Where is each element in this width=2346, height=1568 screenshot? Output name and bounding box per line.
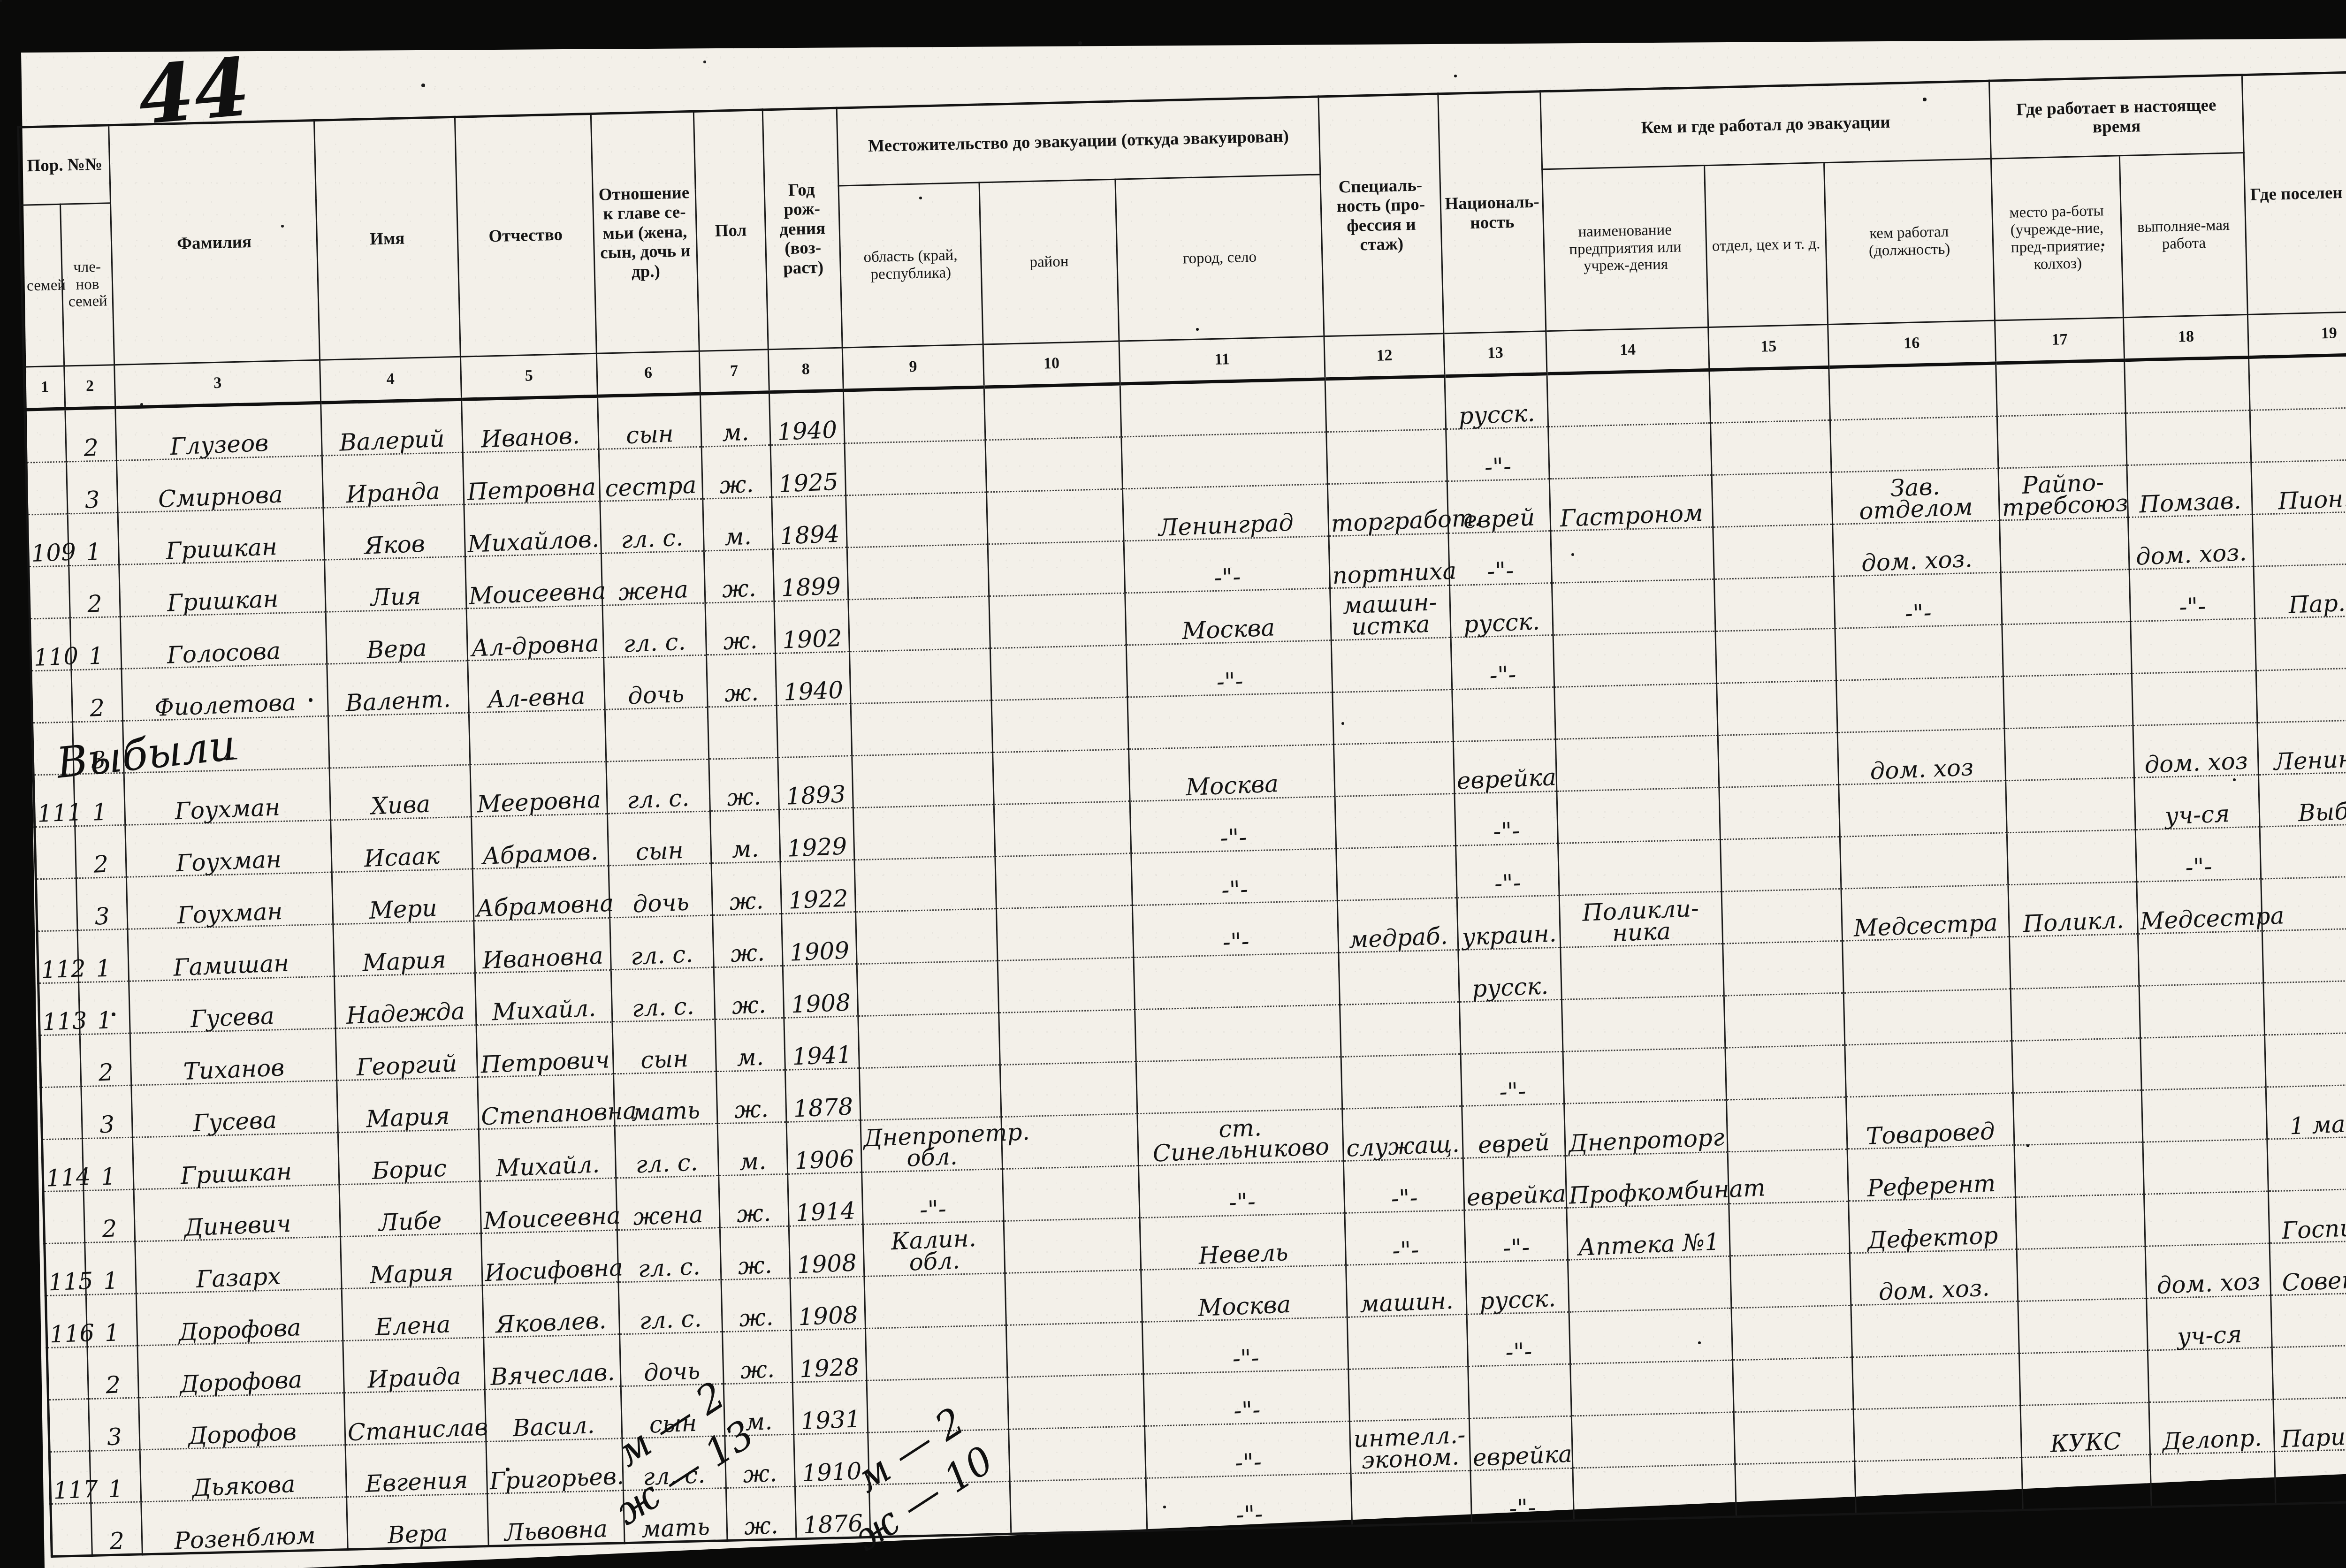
handwritten-entry: 2 <box>93 853 109 875</box>
cell-name: Лия <box>324 556 466 612</box>
handwritten-entry: русск. <box>1463 610 1540 635</box>
cell-surname: Фиолетова <box>122 664 328 721</box>
cell-work-place <box>2003 673 2133 728</box>
cell-address: Пион. 13 <box>2251 458 2346 514</box>
handwritten-entry: 1893 <box>785 784 846 807</box>
cell-patronymic: Васил. <box>485 1386 622 1442</box>
handwritten-entry: Референт <box>1867 1172 1996 1199</box>
cell-work-done <box>2144 1191 2270 1246</box>
cell-family-no <box>43 1191 85 1244</box>
cell-address: Ленина 36 <box>2257 719 2346 775</box>
cell-work-place <box>2002 622 2132 677</box>
handwritten-entry: Калин. обл. <box>865 1226 1003 1275</box>
cell-city: -"- <box>1124 536 1330 593</box>
cell-city: -"- <box>1130 797 1336 853</box>
cell-nationality: еврейка <box>1453 739 1557 793</box>
cell-work-place <box>2015 1194 2145 1249</box>
cell-birth-year: 1894 <box>772 495 847 549</box>
cell-department <box>1733 1357 1853 1412</box>
evacuation-registry-table: Пор. №№ Фамилия Имя Отчество Отношение к… <box>17 70 2346 1558</box>
handwritten-entry: ж. <box>737 1202 772 1225</box>
cell-work-done <box>2131 618 2256 673</box>
cell-member-no: 2 <box>91 1502 142 1555</box>
cell-relation: дочь <box>603 655 707 709</box>
handwritten-entry: Валент. <box>345 688 451 714</box>
cell-address <box>2252 510 2346 566</box>
cell-speciality <box>1332 638 1452 693</box>
handwritten-entry: Диневич <box>183 1213 291 1239</box>
cell-work-done: дом. хоз. <box>2128 514 2254 569</box>
header-speciality: Специаль-ность (про-фессия и стаж) <box>1318 94 1443 336</box>
cell-city: -"- <box>1132 900 1339 957</box>
col-num-19: 19 <box>2247 311 2346 357</box>
cell-city: -"- <box>1142 1317 1348 1374</box>
cell-rayon <box>994 801 1131 857</box>
cell-member-no: 2 <box>71 669 122 722</box>
cell-city <box>1135 1005 1341 1061</box>
cell-nationality: еврейка <box>1469 1416 1573 1470</box>
cell-work-done: уч-ся <box>2134 775 2260 830</box>
cell-surname: Газарх <box>135 1237 342 1294</box>
handwritten-entry: 110 <box>33 646 69 669</box>
handwritten-entry: Ал-дровна <box>471 632 600 659</box>
cell-city: ст. Синельниково <box>1137 1109 1344 1165</box>
cell-nationality: -"- <box>1464 1208 1568 1262</box>
cell-nationality: еврей <box>1462 1104 1565 1158</box>
cell-patronymic: Абрамовна <box>472 866 609 921</box>
cell-member-no: 2 <box>65 408 116 462</box>
cell-sex: ж. <box>722 1330 792 1384</box>
handwritten-entry: 3 <box>91 749 107 771</box>
cell-relation: гл. с. <box>615 1124 718 1178</box>
handwritten-entry: 1902 <box>782 627 842 651</box>
cell-member-no: 3 <box>76 877 128 930</box>
handwritten-entry: Евгения <box>365 1469 468 1495</box>
header-birth-year: Год рож-дения (воз-раст) <box>762 108 842 350</box>
cell-oblast <box>843 387 985 443</box>
cell-city: -"- <box>1126 640 1333 697</box>
handwritten-entry: Ленинград <box>1158 511 1294 539</box>
handwritten-entry: жена <box>632 1203 703 1228</box>
cell-department <box>1715 628 1836 683</box>
cell-surname: Гусева <box>131 1081 338 1137</box>
cell-patronymic: Петрович <box>476 1022 613 1077</box>
cell-work-done: -"- <box>2136 827 2261 882</box>
cell-work-done: Помзав. <box>2127 462 2252 517</box>
cell-address <box>2262 927 2346 983</box>
handwritten-entry: гл. с. <box>638 1256 701 1279</box>
cell-patronymic <box>469 709 606 765</box>
handwritten-entry: Гусева <box>190 1005 274 1030</box>
cell-name: Валент. <box>327 661 469 716</box>
cell-family-no: 111 <box>33 774 75 827</box>
handwritten-entry: 113 <box>42 1010 77 1033</box>
cell-rayon <box>991 697 1128 753</box>
cell-work-done: дом. хоз <box>2133 723 2258 777</box>
handwritten-entry: 1908 <box>797 1252 857 1276</box>
header-sex: Пол <box>693 110 769 351</box>
handwritten-entry: 1 <box>86 541 102 563</box>
cell-speciality <box>1336 846 1457 901</box>
cell-surname: Дьякова <box>140 1445 346 1502</box>
handwritten-entry: дом. хоз. <box>2135 541 2247 568</box>
handwritten-entry: сын <box>625 423 674 446</box>
cell-speciality <box>1339 950 1459 1005</box>
cell-organization: Днепроторг <box>1564 1100 1728 1156</box>
cell-work-place: Райпо- требсоюз <box>1998 465 2128 520</box>
cell-birth-year <box>777 704 852 758</box>
cell-patronymic: Петровна <box>463 449 600 504</box>
handwritten-entry: -"- <box>2178 595 2206 618</box>
handwritten-entry: Зав. отделом <box>1834 473 1997 523</box>
cell-birth-year: 1940 <box>769 390 844 445</box>
cell-surname: Гамишан <box>128 924 334 981</box>
cell-city: Москва <box>1128 745 1335 801</box>
cell-organization: Профкомбинат <box>1566 1152 1729 1208</box>
cell-work-done: уч-ся <box>2147 1295 2272 1350</box>
cell-position: Товаровед <box>1846 1093 2014 1149</box>
col-num-13: 13 <box>1444 331 1547 376</box>
handwritten-entry: служащ. <box>1346 1133 1460 1159</box>
handwritten-entry: 111 <box>37 802 73 825</box>
handwritten-entry: сын <box>635 839 684 863</box>
cell-rayon <box>1010 1478 1147 1534</box>
handwritten-entry: Мария <box>362 949 447 974</box>
cell-city: -"- <box>1146 1473 1352 1530</box>
cell-address <box>2256 667 2346 723</box>
cell-work-place <box>1997 413 2127 468</box>
cell-position <box>1852 1354 2020 1409</box>
cell-rayon <box>990 645 1127 700</box>
handwritten-entry: 2 <box>102 1218 118 1240</box>
handwritten-entry: -"- <box>1904 602 1932 624</box>
cell-work-place <box>2009 934 2139 989</box>
cell-surname: Дорофова <box>137 1289 343 1346</box>
header-name: Имя <box>314 117 460 360</box>
cell-birth-year: 1909 <box>782 912 857 966</box>
cell-family-no <box>26 462 68 515</box>
cell-department <box>1719 784 1840 839</box>
handwritten-entry: Дорофова <box>179 1369 303 1395</box>
handwritten-entry: Хива <box>370 793 430 817</box>
cell-rayon <box>1009 1426 1146 1481</box>
handwritten-entry: 1928 <box>799 1356 860 1380</box>
handwritten-entry: 109 <box>31 541 67 564</box>
handwritten-entry: Госпиталь <box>2281 1214 2346 1241</box>
handwritten-entry: 1 <box>92 801 108 823</box>
handwritten-entry: 1906 <box>794 1148 854 1172</box>
cell-surname: Гришкан <box>119 560 326 617</box>
cell-rayon <box>999 1010 1136 1065</box>
cell-relation: дочь <box>609 863 712 918</box>
cell-rayon <box>988 541 1125 596</box>
handwritten-entry: Дорофова <box>178 1317 302 1343</box>
handwritten-entry: -"- <box>2185 856 2212 878</box>
cell-nationality: -"- <box>1467 1312 1570 1366</box>
handwritten-entry: -"- <box>1494 872 1522 894</box>
handwritten-entry: 2 <box>87 593 103 615</box>
handwritten-entry: Михайл. <box>492 997 596 1023</box>
cell-oblast <box>857 961 999 1016</box>
cell-department <box>1730 1253 1851 1308</box>
cell-nationality: -"- <box>1455 843 1559 898</box>
handwritten-entry: Петрович <box>480 1049 610 1075</box>
header-nationality: Националь-ность <box>1438 91 1546 334</box>
cell-relation: гл. с. <box>617 1228 721 1282</box>
cell-position: Референт <box>1847 1145 2016 1201</box>
cell-position: дом. хоз. <box>1850 1249 2018 1305</box>
handwritten-entry: Невель <box>1198 1241 1288 1267</box>
handwritten-entry: 1 <box>103 1270 119 1292</box>
cell-family-no <box>47 1347 89 1400</box>
cell-sex: ж. <box>721 1278 792 1332</box>
cell-sex: ж. <box>716 1070 786 1123</box>
handwritten-entry: Гоухман <box>175 796 281 822</box>
handwritten-entry: Георгий <box>356 1052 457 1078</box>
handwritten-entry: м. <box>724 525 752 548</box>
cell-name: Валерий <box>320 399 463 456</box>
handwritten-entry: ж. <box>731 942 766 965</box>
handwritten-entry: еврейка <box>1472 1443 1570 1469</box>
cell-patronymic: Григорьев. <box>486 1439 623 1494</box>
header-oblast: область (край, республика) <box>838 183 983 348</box>
cell-patronymic: Михайл. <box>479 1126 616 1181</box>
cell-work-place: Поликл. <box>2008 882 2138 936</box>
cell-department <box>1709 367 1830 423</box>
header-member-no: чле-нов семей <box>61 203 114 366</box>
cell-city <box>1134 952 1340 1009</box>
handwritten-entry: Петровна <box>467 476 596 503</box>
cell-work-done <box>2139 983 2264 1038</box>
cell-family-no <box>36 878 77 931</box>
table-header: Пор. №№ Фамилия Имя Отчество Отношение к… <box>18 71 2346 410</box>
handwritten-entry: -"- <box>1232 1347 1259 1370</box>
handwritten-entry: 1929 <box>787 836 847 860</box>
cell-birth-year: 1878 <box>785 1068 861 1122</box>
cell-speciality: торгработ. <box>1328 481 1448 536</box>
cell-family-no: 116 <box>46 1295 87 1348</box>
cell-department <box>1711 420 1831 475</box>
cell-work-done <box>2138 931 2263 986</box>
cell-surname: Гусева <box>129 976 335 1033</box>
cell-name: Мария <box>333 921 475 976</box>
cell-birth-year: 1893 <box>778 756 853 810</box>
cell-department <box>1729 1201 1850 1256</box>
cell-sex: ж. <box>701 445 772 499</box>
handwritten-entry: 1 <box>97 1009 113 1031</box>
cell-organization <box>1568 1256 1731 1312</box>
cell-position <box>1835 624 2003 680</box>
cell-sex: м. <box>717 1122 788 1175</box>
cell-city: Невель <box>1140 1213 1346 1270</box>
cell-work-place <box>2021 1454 2151 1510</box>
handwritten-entry: — <box>214 746 238 769</box>
header-org: наименование предприятия или учреж-дения <box>1542 166 1708 331</box>
handwritten-entry: Мария <box>369 1261 454 1286</box>
cell-address: Пар. 11 <box>2254 563 2346 618</box>
cell-name: Борис <box>338 1129 480 1185</box>
cell-organization <box>1553 631 1716 687</box>
handwritten-entry: гл. с. <box>631 943 694 967</box>
handwritten-entry: -"- <box>1499 1080 1527 1103</box>
handwritten-entry: гл. с. <box>623 631 686 655</box>
handwritten-entry: -"- <box>1509 1497 1537 1519</box>
cell-relation: жена <box>616 1176 720 1230</box>
col-num-11: 11 <box>1119 336 1325 384</box>
cell-patronymic: Ал-дровна <box>466 605 603 661</box>
handwritten-entry: Москва <box>1197 1294 1291 1319</box>
cell-address: Госпиталь <box>2268 1187 2346 1243</box>
handwritten-entry: Пион. 13 <box>2277 486 2346 512</box>
cell-oblast: -"- <box>861 1169 1004 1224</box>
handwritten-entry: мать <box>631 1099 701 1124</box>
handwritten-entry: -"- <box>1489 663 1517 686</box>
handwritten-entry: м. <box>737 1046 764 1068</box>
cell-address <box>2271 1292 2346 1347</box>
cell-family-no <box>41 1087 83 1140</box>
handwritten-entry: 1908 <box>791 991 851 1015</box>
handwritten-entry: -"- <box>1392 1239 1419 1262</box>
handwritten-entry: 116 <box>49 1323 85 1346</box>
cell-name: Мария <box>340 1233 482 1289</box>
header-family-no: семей <box>20 204 65 367</box>
cell-work-done <box>2148 1347 2273 1402</box>
handwritten-entry: дочь <box>627 683 685 707</box>
handwritten-entry: Ивановна <box>482 945 603 972</box>
handwritten-entry: Газарх <box>196 1265 282 1290</box>
handwritten-entry: машин. <box>1359 1290 1454 1315</box>
handwritten-entry: 1 мая, 10 <box>2289 1111 2346 1137</box>
cell-sex: ж. <box>711 861 782 915</box>
cell-name: Либе <box>339 1181 481 1237</box>
col-num-2: 2 <box>64 365 115 409</box>
cell-city <box>1120 379 1326 437</box>
cell-rayon <box>1005 1270 1142 1325</box>
handwritten-entry: 1908 <box>798 1304 858 1328</box>
handwritten-entry: 1925 <box>778 471 838 495</box>
cell-patronymic: Иосифовна <box>481 1230 618 1286</box>
handwritten-entry: 3 <box>107 1426 123 1448</box>
cell-birth-year: 1908 <box>790 1276 865 1330</box>
cell-patronymic: Михайлов. <box>464 501 601 556</box>
cell-work-place <box>2011 986 2140 1041</box>
cell-address: Парижск. 2 <box>2273 1396 2346 1452</box>
cell-work-done: Медсестра <box>2137 879 2262 934</box>
cell-work-place <box>2007 830 2137 884</box>
cell-work-done <box>2125 357 2250 413</box>
cell-sex: ж. <box>712 913 783 967</box>
handwritten-entry: Глузеов <box>169 432 269 458</box>
cell-surname: Смирнова <box>117 456 323 512</box>
cell-city: -"- <box>1138 1161 1345 1218</box>
handwritten-entry: 2 <box>109 1530 125 1552</box>
handwritten-entry: Товаровед <box>1866 1120 1996 1147</box>
cell-speciality <box>1333 690 1453 745</box>
col-num-4: 4 <box>320 357 461 403</box>
handwritten-entry: Гусева <box>193 1109 277 1134</box>
registry-sheet: Пор. №№ Фамилия Имя Отчество Отношение к… <box>17 70 2346 1558</box>
cell-speciality: служащ. <box>1342 1106 1463 1161</box>
cell-work-place <box>1999 518 2129 572</box>
handwritten-entry: Моисеевна <box>468 580 600 607</box>
handwritten-entry: Тиханов <box>183 1057 284 1082</box>
cell-work-done: Делопр. <box>2149 1400 2274 1454</box>
cell-sex: ж. <box>726 1486 796 1540</box>
cell-family-no: 115 <box>45 1243 86 1296</box>
handwritten-entry: Иранда <box>346 480 441 505</box>
cell-speciality <box>1348 1366 1469 1421</box>
cell-name: Хива <box>329 765 472 820</box>
cell-rayon <box>984 384 1121 440</box>
cell-relation: гл. с. <box>610 915 714 970</box>
cell-speciality <box>1326 429 1447 484</box>
handwritten-entry: Выбыл <box>2298 799 2346 824</box>
handwritten-entry: 1894 <box>779 523 840 547</box>
cell-oblast <box>847 544 989 600</box>
handwritten-entry: -"- <box>1505 1340 1533 1363</box>
header-city: город, село <box>1115 175 1324 341</box>
handwritten-entry: 1 <box>104 1322 120 1344</box>
cell-member-no: 2 <box>69 564 120 617</box>
header-position: кем работал (должность) <box>1824 159 1995 324</box>
cell-work-done: -"- <box>2130 566 2255 621</box>
cell-nationality: -"- <box>1451 635 1554 690</box>
cell-position <box>1842 937 2011 993</box>
cell-birth-year: 1929 <box>779 808 854 862</box>
cell-speciality: интелл.- эконом. <box>1350 1418 1470 1473</box>
cell-department <box>1714 576 1835 631</box>
cell-speciality <box>1351 1470 1471 1526</box>
handwritten-entry: -"- <box>1390 1187 1418 1210</box>
handwritten-entry: Вячеслав. <box>490 1361 615 1388</box>
cell-speciality: машин- истка <box>1330 586 1451 640</box>
cell-patronymic: Моисеевна <box>480 1178 617 1233</box>
cell-birth-year: 1940 <box>776 652 851 706</box>
cell-surname: Голосова <box>121 612 327 669</box>
handwritten-entry: Мария <box>366 1105 450 1130</box>
cell-nationality <box>1459 999 1563 1054</box>
handwritten-entry: Валерий <box>339 428 445 454</box>
handwritten-entry: 1940 <box>777 419 838 443</box>
cell-organization <box>1551 527 1714 583</box>
header-surname: Фамилия <box>109 120 320 365</box>
cell-relation: сестра <box>599 447 702 501</box>
cell-address <box>2274 1448 2346 1504</box>
cell-family-no <box>48 1399 90 1452</box>
handwritten-entry: 2 <box>98 1061 114 1083</box>
cell-surname: Розенблюм <box>141 1497 348 1554</box>
cell-nationality: русск. <box>1449 583 1553 638</box>
handwritten-entry: ж. <box>723 629 758 652</box>
handwritten-entry: Гастроном <box>1560 502 1704 529</box>
handwritten-entry: дочь <box>632 891 689 915</box>
cell-family-no: 109 <box>27 514 69 567</box>
cell-surname: Диневич <box>134 1185 340 1241</box>
cell-patronymic: Моисеевна <box>465 553 602 609</box>
handwritten-entry: Станислав <box>347 1416 484 1444</box>
handwritten-entry: -"- <box>1213 566 1241 588</box>
handwritten-entry: Дефектор <box>1867 1225 1998 1251</box>
handwritten-entry: Ал-евна <box>487 685 586 710</box>
handwritten-entry: 1941 <box>792 1043 852 1067</box>
handwritten-entry: русск. <box>1479 1287 1556 1312</box>
cell-rayon <box>1004 1218 1141 1273</box>
handwritten-entry: 1940 <box>783 679 844 703</box>
scanned-evacuation-registry-page: { "page": { "page_number": "44", "margin… <box>0 0 2346 1568</box>
cell-department <box>1727 1097 1847 1152</box>
cell-work-place: КУКС <box>2020 1402 2150 1457</box>
handwritten-entry: гл. с. <box>639 1308 702 1332</box>
